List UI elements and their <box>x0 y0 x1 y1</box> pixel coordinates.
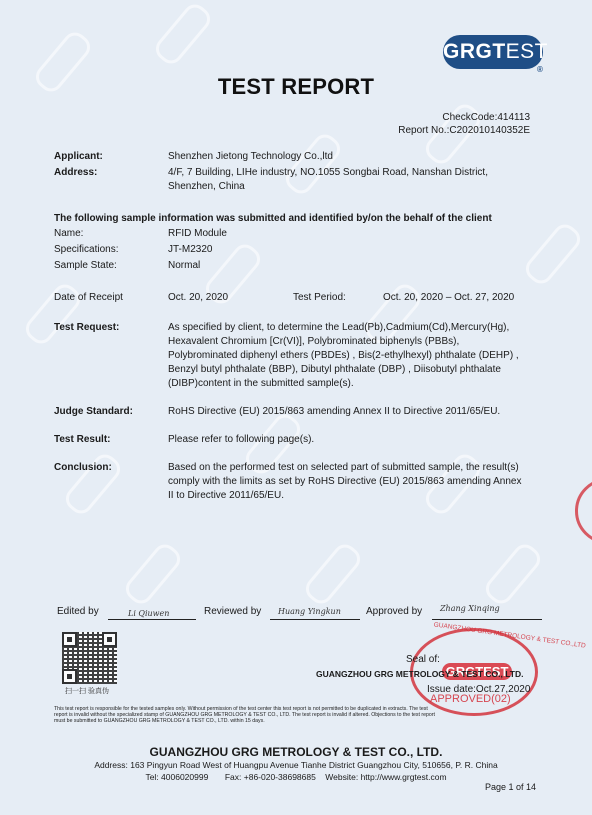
test-request-label: Test Request: <box>54 322 119 333</box>
watermark <box>301 540 365 609</box>
applicant-label: Applicant: <box>54 151 103 162</box>
test-period-label: Test Period: <box>293 292 346 303</box>
edited-by-label: Edited by <box>57 606 99 617</box>
sample-intro: The following sample information was sub… <box>54 213 554 224</box>
test-result-label: Test Result: <box>54 434 111 445</box>
watermark <box>151 0 215 68</box>
specifications-value: JT-M2320 <box>168 243 543 257</box>
partial-stamp <box>575 478 592 544</box>
judge-standard-value: RoHS Directive (EU) 2015/863 amending An… <box>168 405 543 419</box>
page-title: TEST REPORT <box>0 74 592 100</box>
website-link[interactable]: Website: http://www.grgtest.com <box>325 772 446 782</box>
name-value: RFID Module <box>168 227 543 241</box>
watermark <box>121 540 185 609</box>
sample-state-label: Sample State: <box>54 260 117 271</box>
approved-by-label: Approved by <box>366 606 422 617</box>
test-result-value: Please refer to following page(s). <box>168 433 543 447</box>
reviewed-signature-line <box>270 619 360 620</box>
watermark <box>21 280 85 349</box>
footer-contact: Tel: 4006020999 Fax: +86-020-38698685 We… <box>0 772 592 782</box>
reviewed-by-label: Reviewed by <box>204 606 261 617</box>
issue-date: Issue date:Oct.27,2020 <box>427 684 530 695</box>
approved-signature-line <box>432 619 542 620</box>
report-number: Report No.:C202010140352E <box>398 125 530 136</box>
conclusion-value: Based on the performed test on selected … <box>168 461 543 503</box>
test-period-value: Oct. 20, 2020 – Oct. 27, 2020 <box>383 291 543 305</box>
watermark <box>61 450 125 519</box>
qr-caption: 扫一扫 验真伪 <box>65 686 109 696</box>
applicant-value: Shenzhen Jietong Technology Co.,ltd <box>168 150 543 164</box>
footer-company: GUANGZHOU GRG METROLOGY & TEST CO., LTD. <box>0 745 592 759</box>
seal-company: GUANGZHOU GRG METROLOGY & TEST CO., LTD. <box>316 669 523 679</box>
edited-signature: Li Qiuwen <box>128 609 169 618</box>
grgtest-logo: GRGTEST <box>443 35 543 69</box>
registered-mark: ® <box>537 65 543 74</box>
address-value: 4/F, 7 Building, LIHe industry, NO.1055 … <box>168 166 543 194</box>
judge-standard-label: Judge Standard: <box>54 406 133 417</box>
conclusion-label: Conclusion: <box>54 462 112 473</box>
name-label: Name: <box>54 228 83 239</box>
sample-state-value: Normal <box>168 259 543 273</box>
test-request-value: As specified by client, to determine the… <box>168 321 543 391</box>
edited-signature-line <box>108 619 196 620</box>
reviewed-signature: Huang Yingkun <box>278 607 341 616</box>
approved-signature: Zhang Xinqing <box>440 604 500 613</box>
specifications-label: Specifications: <box>54 244 118 255</box>
disclaimer: This test report is responsible for the … <box>54 706 539 725</box>
seal-of-label: Seal of: <box>406 654 440 665</box>
address-label: Address: <box>54 167 97 178</box>
watermark <box>481 540 545 609</box>
qr-code[interactable] <box>62 632 117 684</box>
footer-address: Address: 163 Pingyun Road West of Huangp… <box>0 760 592 770</box>
receipt-label: Date of Receipt <box>54 292 123 303</box>
check-code: CheckCode:414113 <box>442 112 530 123</box>
page-number: Page 1 of 14 <box>485 782 536 792</box>
